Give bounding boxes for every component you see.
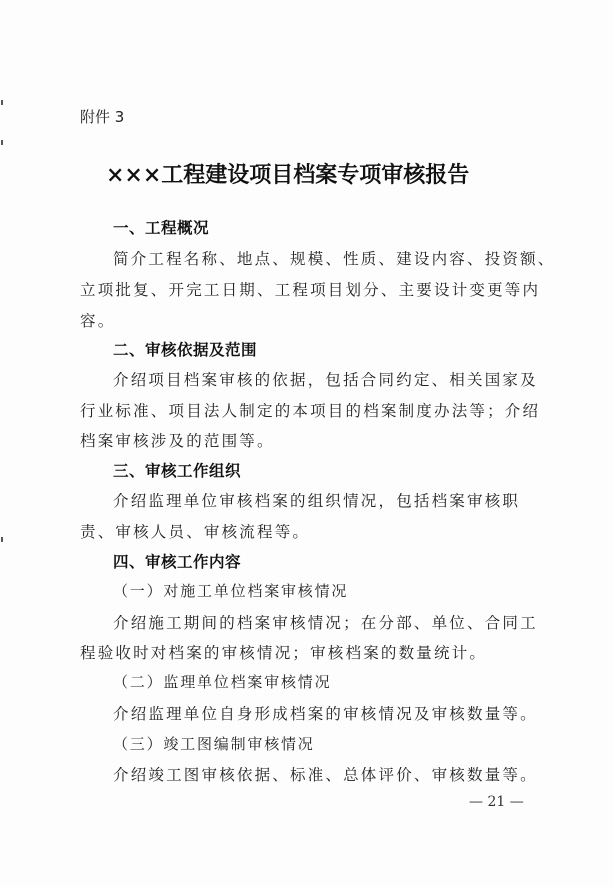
subsection-heading-as-built-drawings: （三）竣工图编制审核情况 (113, 733, 315, 754)
scan-edge-mark (1, 140, 3, 145)
paragraph-line: 介绍竣工图审核依据、标准、总体评价、审核数量等。 (113, 763, 538, 785)
paragraph-line: 介绍监理单位审核档案的组织情况，包括档案审核职 (113, 489, 520, 511)
section-heading-organization: 三、审核工作组织 (113, 459, 241, 481)
section-heading-basis-scope: 二、审核依据及范围 (113, 338, 257, 360)
paragraph-line: 立项批复、开完工日期、工程项目划分、主要设计变更等内 (80, 278, 540, 300)
document-page: 附件 3 ×××工程建设项目档案专项审核报告 一、工程概况 简介工程名称、地点、… (0, 0, 613, 887)
paragraph-line: 行业标准、项目法人制定的本项目的档案制度办法等；介绍 (80, 399, 540, 421)
paragraph-line: 介绍施工期间的档案审核情况；在分部、单位、合同工 (113, 611, 538, 633)
section-heading-work-content: 四、审核工作内容 (113, 550, 241, 572)
subsection-heading-supervision-unit: （二）监理单位档案审核情况 (113, 671, 331, 692)
paragraph-line: 介绍监理单位自身形成档案的审核情况及审核数量等。 (113, 702, 538, 724)
document-title: ×××工程建设项目档案专项审核报告 (106, 158, 469, 189)
paragraph-line: 程验收时对档案的审核情况；审核档案的数量统计。 (80, 641, 487, 663)
section-heading-overview: 一、工程概况 (113, 216, 209, 238)
paragraph-line: 档案审核涉及的范围等。 (80, 429, 275, 451)
page-number: — 21 — (469, 794, 524, 810)
paragraph-line: 责、审核人员、审核流程等。 (80, 520, 310, 542)
paragraph-line: 介绍项目档案审核的依据，包括合同约定、相关国家及 (113, 368, 538, 390)
scan-edge-mark (1, 100, 3, 105)
paragraph-line: 简介工程名称、地点、规模、性质、建设内容、投资额、 (113, 247, 556, 269)
attachment-label: 附件 3 (80, 106, 124, 127)
subsection-heading-construction-unit: （一）对施工单位档案审核情况 (113, 580, 348, 601)
scan-edge-mark (1, 537, 3, 542)
paragraph-line: 容。 (80, 309, 115, 331)
